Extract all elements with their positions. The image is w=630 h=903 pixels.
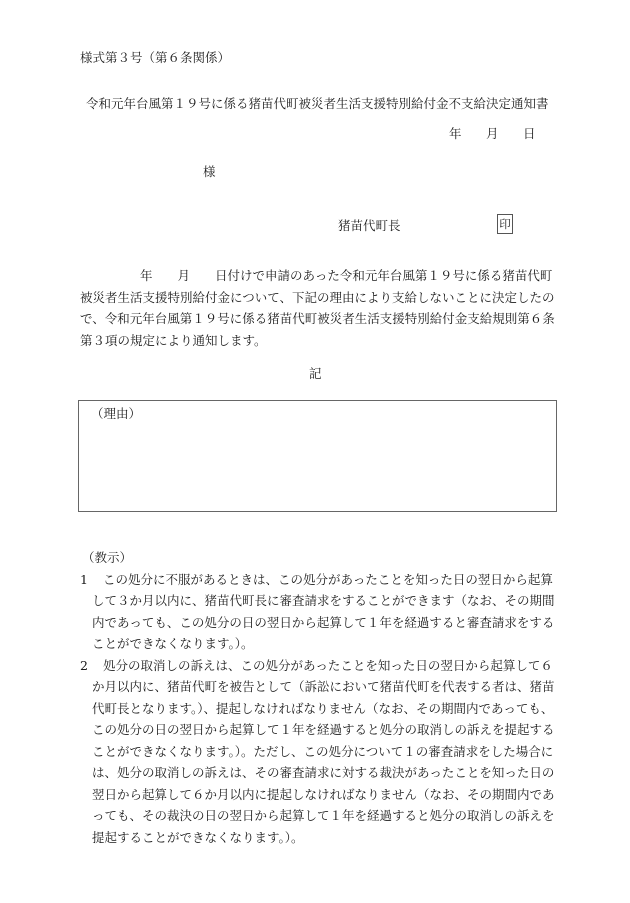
issuer-name: 猪苗代町長 <box>338 216 401 234</box>
body-line: で、令和元年台風第１９号に係る猪苗代町被災者生活支援特別給付金支給規則第６条 <box>80 308 555 330</box>
instruction-line: 代町長となります。）、提起しなければなりません（なお、その期間内であっても、 <box>80 698 555 720</box>
instruction-line: 提起することができなくなります。）。 <box>80 827 555 849</box>
instruction-item-2: 2 処分の取消しの訴えは、この処分があったことを知った日の翌日から起算して６ か… <box>80 655 555 849</box>
notice-body: 年 月 日付けで申請のあった令和元年台風第１９号に係る猪苗代町 被災者生活支援特… <box>80 265 555 351</box>
instructions-heading: （教示） <box>82 547 555 569</box>
instruction-line: は、処分の取消しの訴えは、その審査請求に対する裁決があったことを知った日の <box>80 762 555 784</box>
instruction-line: 処分の取消しの訴えは、この処分があったことを知った日の翌日から起算して６ <box>80 655 555 677</box>
instruction-number: 2 <box>80 655 88 677</box>
instruction-number: 1 <box>80 569 88 591</box>
addressee-suffix: 様 <box>203 162 216 180</box>
reason-label: （理由） <box>91 404 141 422</box>
date-day: 日 <box>523 124 536 142</box>
document-title: 令和元年台風第１９号に係る猪苗代町被災者生活支援特別給付金不支給決定通知書 <box>86 94 549 112</box>
body-line: 被災者生活支援特別給付金について、下記の理由により支給しないことに決定したの <box>80 287 555 309</box>
instruction-line: 内であっても、この処分の日の翌日から起算して１年を経過すると審査請求をする <box>80 612 555 634</box>
body-line: 第３項の規定により通知します。 <box>80 330 555 352</box>
instruction-line: っても、その裁決の日の翌日から起算して１年を経過すると処分の取消しの訴えを <box>80 805 555 827</box>
instruction-line: 翌日から起算して６か月以内に提起しなければなりません（なお、その期間内であ <box>80 784 555 806</box>
instruction-line: この処分の日の翌日から起算して１年を経過すると処分の取消しの訴えを提起する <box>80 719 555 741</box>
seal-mark: 印 <box>497 214 513 234</box>
ki-heading: 記 <box>309 364 322 382</box>
instructions: （教示） 1 この処分に不服があるときは、この処分があったことを知った日の翌日か… <box>82 547 555 848</box>
instruction-line: か月以内に、猪苗代町を被告として（訴訟において猪苗代町を代表する者は、猪苗 <box>80 676 555 698</box>
instruction-item-1: 1 この処分に不服があるときは、この処分があったことを知った日の翌日から起算 し… <box>80 569 555 655</box>
instruction-line: この処分に不服があるときは、この処分があったことを知った日の翌日から起算 <box>80 569 555 591</box>
body-line: 年 月 日付けで申請のあった令和元年台風第１９号に係る猪苗代町 <box>80 265 555 287</box>
instruction-line: して３か月以内に、猪苗代町長に審査請求をすることができます（なお、その期間 <box>80 590 555 612</box>
date-year: 年 <box>449 124 462 142</box>
form-number: 様式第３号（第６条関係） <box>80 48 230 66</box>
date-month: 月 <box>486 124 499 142</box>
reason-box[interactable]: （理由） <box>78 400 557 512</box>
instruction-line: ことができなくなります。）。 <box>80 633 555 655</box>
instruction-line: ことができなくなります。）。ただし、この処分について１の審査請求をした場合に <box>80 741 555 763</box>
